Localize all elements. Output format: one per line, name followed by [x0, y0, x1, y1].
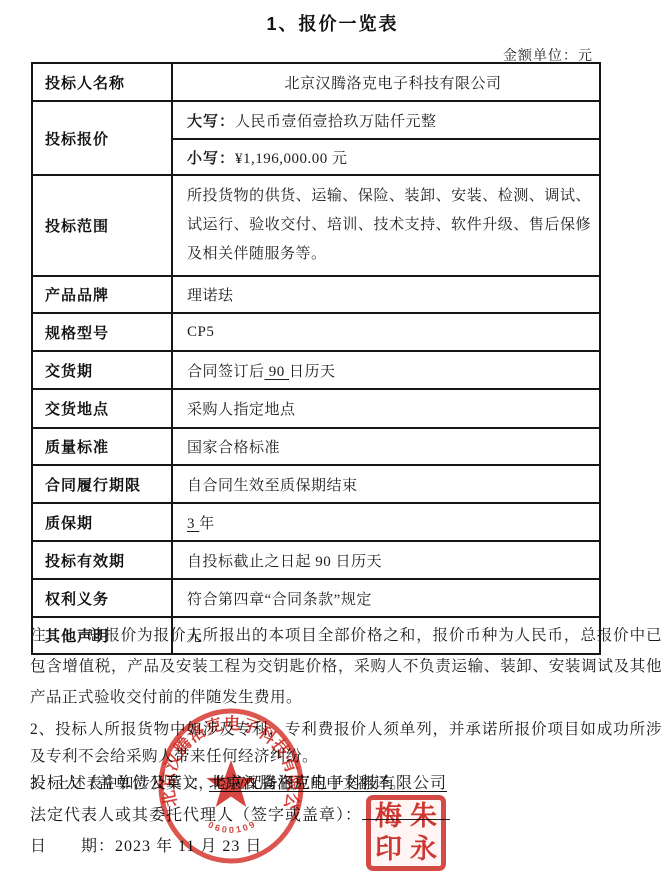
row-label-quality-standard: 质量标准 [32, 428, 172, 465]
table-row: 投标报价 大写：人民币壹佰壹拾玖万陆仟元整 [32, 101, 600, 139]
row-label-warranty: 质保期 [32, 503, 172, 541]
date-value: 2023 年 11 月 23 日 [115, 838, 262, 855]
seal-char-bl: 印 [371, 833, 406, 866]
row-label-bid-validity: 投标有效期 [32, 541, 172, 579]
seal-char-br: 永 [406, 833, 441, 866]
table-row: 权利义务 符合第四章“合同条款”规定 [32, 579, 600, 617]
signature-blank [362, 804, 450, 820]
row-value-delivery-time: 合同签订后 90 日历天 [172, 351, 600, 389]
row-value-bid-price-daxie: 大写：人民币壹佰壹拾玖万陆仟元整 [172, 101, 600, 139]
table-row: 合同履行期限 自合同生效至质保期结束 [32, 465, 600, 503]
table-row: 产品品牌 理诺珐 [32, 276, 600, 313]
xiaoxie-value: ¥1,196,000.00 元 [235, 151, 348, 167]
row-label-rights: 权利义务 [32, 579, 172, 617]
page-title: 1、报价一览表 [0, 10, 665, 36]
xiaoxie-prefix: 小写： [187, 150, 235, 167]
bidder-signature-line: 投标人（盖单位公章）：北京汉腾洛克电子科技有限公司 [30, 770, 447, 793]
row-value-bid-validity: 自投标截止之日起 90 日历天 [172, 541, 600, 579]
table-row: 交货地点 采购人指定地点 [32, 389, 600, 428]
daxie-value: 人民币壹佰壹拾玖万陆仟元整 [235, 114, 437, 130]
row-value-quality-standard: 国家合格标准 [172, 428, 600, 465]
quotation-table: 投标人名称 北京汉腾洛克电子科技有限公司 投标报价 大写：人民币壹佰壹拾玖万陆仟… [31, 62, 601, 655]
row-value-bidder-name: 北京汉腾洛克电子科技有限公司 [172, 63, 600, 101]
warranty-years-underlined: 3 [187, 516, 199, 532]
row-label-delivery-time: 交货期 [32, 351, 172, 389]
row-label-delivery-place: 交货地点 [32, 389, 172, 428]
table-row: 投标人名称 北京汉腾洛克电子科技有限公司 [32, 63, 600, 101]
row-value-delivery-place: 采购人指定地点 [172, 389, 600, 428]
row-label-brand: 产品品牌 [32, 276, 172, 313]
row-label-bid-price: 投标报价 [32, 101, 172, 175]
note-1: 注：1、总报价为报价人所报出的本项目全部价格之和，报价币种为人民币，总报价中已包… [30, 620, 662, 713]
row-value-model: CP5 [172, 313, 600, 351]
table-row: 质量标准 国家合格标准 [32, 428, 600, 465]
daxie-prefix: 大写： [187, 113, 235, 130]
document-page: 1、报价一览表 金额单位：元 投标人名称 北京汉腾洛克电子科技有限公司 投标报价… [0, 0, 665, 881]
row-label-bid-scope: 投标范围 [32, 175, 172, 276]
row-value-brand: 理诺珐 [172, 276, 600, 313]
row-value-rights: 符合第四章“合同条款”规定 [172, 579, 600, 617]
table-row: 投标范围 所投货物的供货、运输、保险、装卸、安装、检测、调试、试运行、验收交付、… [32, 175, 600, 276]
representative-signature-line: 法定代表人或其委托代理人（签字或盖章）： [30, 802, 450, 825]
table-row: 质保期 3 年 [32, 503, 600, 541]
bidder-company-name: 北京汉腾洛克电子科技有限公司 [209, 775, 447, 792]
delivery-days-underlined: 90 [265, 364, 290, 380]
row-label-bidder-name: 投标人名称 [32, 63, 172, 101]
row-value-bid-price-xiaoxie: 小写：¥1,196,000.00 元 [172, 139, 600, 175]
row-label-contract-period: 合同履行期限 [32, 465, 172, 503]
row-value-bid-scope: 所投货物的供货、运输、保险、装卸、安装、检测、调试、试运行、验收交付、培训、技术… [172, 175, 600, 276]
date-line: 日 期：2023 年 11 月 23 日 [30, 833, 262, 856]
row-value-contract-period: 自合同生效至质保期结束 [172, 465, 600, 503]
table-row: 交货期 合同签订后 90 日历天 [32, 351, 600, 389]
table-row: 投标有效期 自投标截止之日起 90 日历天 [32, 541, 600, 579]
note-2: 2、投标人所报货物中如涉及专利，专利费报价人须单列，并承诺所报价项目如成功所涉及… [30, 716, 662, 770]
table-row: 规格型号 CP5 [32, 313, 600, 351]
row-label-model: 规格型号 [32, 313, 172, 351]
row-value-warranty: 3 年 [172, 503, 600, 541]
